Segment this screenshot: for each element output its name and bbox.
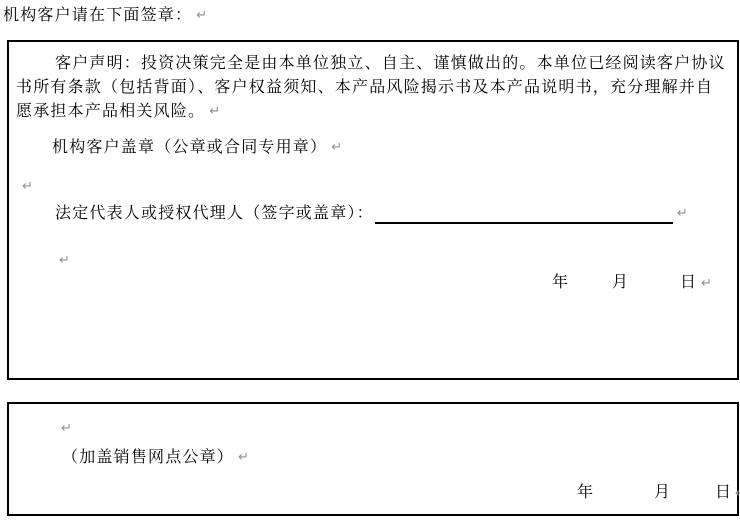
date-day-label: 日: [715, 483, 732, 503]
paragraph-mark-icon: ↵: [735, 485, 740, 503]
paragraph-mark-icon: ↵: [238, 449, 249, 467]
signatory-label: 法定代表人或授权代理人（签字或盖章）：: [55, 204, 374, 224]
client-stamp-label: 机构客户盖章（公章或合同专用章）: [52, 138, 327, 158]
seller-stamp-label: （加盖销售网点公章）: [62, 448, 234, 468]
date-day-label: 日: [680, 273, 697, 293]
declaration-line-1: 客户声明：投资决策完全是由本单位独立、自主、谨慎做出的。本单位已经阅读客户协议: [55, 54, 726, 74]
signature-line[interactable]: [375, 205, 673, 224]
date-month-label: 月: [612, 273, 629, 293]
paragraph-mark-icon: ↵: [61, 420, 72, 438]
document-page: 机构客户请在下面签章： ↵ 客户声明：投资决策完全是由本单位独立、自主、谨慎做出…: [0, 0, 740, 522]
date-year-label: 年: [577, 483, 594, 503]
sign-instruction-text: 机构客户请在下面签章：: [3, 6, 192, 26]
seller-stamp-line: （加盖销售网点公章） ↵: [62, 448, 249, 468]
declaration-line-2: 书所有条款（包括背面）、客户权益须知、本产品风险揭示书及本产品说明书，充分理解并…: [16, 78, 713, 98]
client-signature-box: 客户声明：投资决策完全是由本单位独立、自主、谨慎做出的。本单位已经阅读客户协议 …: [7, 40, 739, 380]
declaration-line-3: 愿承担本产品相关风险。 ↵: [16, 102, 220, 122]
sign-instruction-line: 机构客户请在下面签章： ↵: [3, 6, 207, 26]
paragraph-mark-icon: ↵: [701, 275, 712, 293]
paragraph-mark-icon: ↵: [677, 205, 688, 223]
paragraph-mark-icon: ↵: [22, 178, 33, 196]
paragraph-mark-icon: ↵: [209, 103, 220, 121]
date-month-label: 月: [654, 483, 671, 503]
signatory-line: 法定代表人或授权代理人（签字或盖章）： ↵: [55, 204, 688, 224]
date-year-label: 年: [552, 273, 569, 293]
paragraph-mark-icon: ↵: [196, 7, 207, 25]
declaration-line-3-text: 愿承担本产品相关风险。: [16, 102, 205, 122]
seller-stamp-box: ↵ （加盖销售网点公章） ↵ 年 月 日 ↵: [7, 402, 739, 516]
client-stamp-line: 机构客户盖章（公章或合同专用章） ↵: [52, 138, 342, 158]
paragraph-mark-icon: ↵: [331, 139, 342, 157]
paragraph-mark-icon: ↵: [59, 252, 70, 270]
